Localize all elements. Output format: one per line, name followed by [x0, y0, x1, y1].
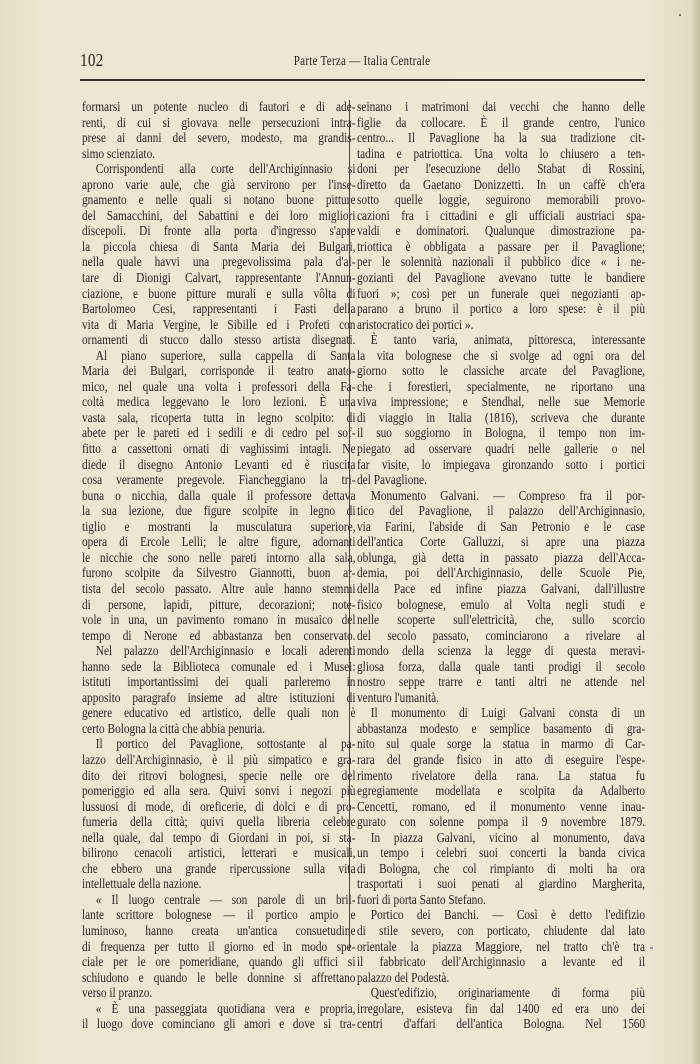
text-line: Bartolomeo Cesi, rappresentanti i Fasti … [82, 301, 355, 317]
text-line: parano a bruno il portico a loro spese: … [357, 301, 645, 317]
text-line: il luogo dove cominciano gli amori e dov… [82, 1016, 355, 1032]
text-line: vole in una, un pavimento romano in musa… [82, 612, 355, 628]
text-line: « È una passeggiata quotidiana vera e pr… [82, 1001, 355, 1017]
text-line: la piccola chiesa di Santa Maria dei Bul… [82, 239, 355, 255]
text-line: di persone, lapidi, pitture, decorazioni… [82, 597, 355, 613]
text-line: abete per le pareti ed i sedili e di ced… [82, 425, 355, 441]
text-line: Portico dei Banchi. — Così è detto l'edi… [357, 907, 645, 923]
text-line: gliosa forza, dalla quale tanti prodigi … [357, 659, 645, 675]
text-line: nelle scoperte sull'elettricità, che, su… [357, 612, 645, 628]
text-line: tadina e patriottica. Una volta lo chius… [357, 146, 645, 162]
text-line: formarsi un potente nucleo di fautori e … [82, 99, 355, 115]
text-line: Corrispondenti alla corte dell'Archiginn… [82, 161, 355, 177]
text-line: tico del Pavaglione, il palazzo dell'Arc… [357, 503, 645, 519]
text-line: trasportati i suoi penati al giardino Ma… [357, 876, 645, 892]
text-line: fuori di porta Santo Stefano. [357, 892, 645, 908]
scan-speck [679, 14, 681, 16]
text-line: diretto da Gaetano Donizzetti. In un caf… [357, 177, 645, 193]
text-line: Nel palazzo dell'Archiginnasio e locali … [82, 643, 355, 659]
text-line: la vita bolognese che si svolge ad ogni … [357, 348, 645, 364]
text-line: venturo l'umanità. [357, 690, 645, 706]
text-line: oblunga, già detta in passato piazza del… [357, 550, 645, 566]
text-line: fumeria della città; quivi quella librer… [82, 814, 355, 830]
text-line: cosa veramente pregevole. Fiancheggiano … [82, 472, 355, 488]
text-line: di Bologna, che col rimpianto di molti h… [357, 861, 645, 877]
text-line: che ebbero una grande ripercussione sull… [82, 861, 355, 877]
text-line: le nicchie che sono nelle pareti intorno… [82, 550, 355, 566]
text-line: fuori »; così per un funerale quei negoz… [357, 286, 645, 302]
text-line: triottica è obbligata a passare per il P… [357, 239, 645, 255]
text-line: nito sul quale sorge la statua in marmo … [357, 736, 645, 752]
text-line: hanno sede la Biblioteca comunale ed i M… [82, 659, 355, 675]
page-number: 102 [80, 50, 103, 71]
text-line: aprono varie aule, che già servirono per… [82, 177, 355, 193]
text-line: nella quale havvi una pregevolissima pal… [82, 254, 355, 270]
text-line: vasta sala, ricoperta tutta in legno sco… [82, 410, 355, 426]
text-line: di stile severo, con porticato, chiudent… [357, 923, 645, 939]
text-line: certo Bologna la città che abbia penuria… [82, 721, 355, 737]
text-line: renti, di cui si giovava nelle persecuzi… [82, 115, 355, 131]
text-line: figlie da collocare. È il grande centro,… [357, 115, 645, 131]
text-line: Monumento Galvani. — Compreso fra il por… [357, 488, 645, 504]
text-line: verso il pranzo. [82, 985, 355, 1001]
text-line: gnamento e nelle quali si notano buone p… [82, 192, 355, 208]
text-line: Maria dei Bulgari, corrisponde il teatro… [82, 363, 355, 379]
text-line: intellettuale della nazione. [82, 876, 355, 892]
text-line: il fabbricato dell'Archiginnasio a levan… [357, 954, 645, 970]
text-line: del secolo passato, cominciarono a rivel… [357, 628, 645, 644]
text-line: aristocratico dei portici ». [357, 317, 645, 333]
text-line: tare di Dionigi Calvart, rappresentante … [82, 270, 355, 286]
running-title: Parte Terza — Italia Centrale [131, 53, 593, 69]
text-line: furono scolpite da Silvestro Giannotti, … [82, 565, 355, 581]
text-line: lussuosi di mode, di oreficerie, di dolc… [82, 799, 355, 815]
text-line: doni per l'esecuzione dello Stabat di Ro… [357, 161, 645, 177]
text-line: del Samacchini, del Sabattini e dei loro… [82, 208, 355, 224]
text-line: mondo della scienza la legge di questa m… [357, 643, 645, 659]
column-divider [349, 100, 350, 950]
text-line: ciale per le ore pomeridiane, quando gli… [82, 954, 355, 970]
text-line: piegato ad osservare quadri nelle galler… [357, 441, 645, 457]
text-line: dito dei ritrovi bolognesi, specie nelle… [82, 768, 355, 784]
text-line: del Pavaglione. [357, 472, 645, 488]
text-line: rimento rivelatore della rana. La statua… [357, 768, 645, 784]
text-line: È tanto varia, animata, pittoresca, inte… [357, 332, 645, 348]
text-line: apposito paragrafo insieme ad altre isti… [82, 690, 355, 706]
text-line: centro... Il Pavaglione ha la sua tradiz… [357, 130, 645, 146]
text-line: bilirono cenacoli artistici, letterari e… [82, 845, 355, 861]
text-line: far visite, lo impiegava gironzando sott… [357, 457, 645, 473]
text-line: luminoso, hanno creata un'antica consuet… [82, 923, 355, 939]
text-line: pomeriggio ed alla sera. Quivi sonvi i n… [82, 783, 355, 799]
text-line: seinano i matrimoni dai vecchi che hanno… [357, 99, 645, 115]
left-column: formarsi un potente nucleo di fautori e … [82, 99, 355, 1032]
text-line: viva impressione; e Stendhal, nelle sue … [357, 394, 645, 410]
text-line: opera di Ercole Lelli; le altre figure, … [82, 534, 355, 550]
text-line: giorno sotto le classiche arcate del Pav… [357, 363, 645, 379]
text-line: lante scrittore bolognese — il portico a… [82, 907, 355, 923]
text-line: sotto quelle loggie, seguirono memorabil… [357, 192, 645, 208]
text-line: genere educativo ed artistico, delle qua… [82, 705, 355, 721]
text-line: Cencetti, romano, ed il monumento venne … [357, 799, 645, 815]
text-line: diede il disegno Antonio Levanti ed è ri… [82, 457, 355, 473]
text-line: simo scienziato. [82, 146, 355, 162]
text-line: valdi e dominatori. Qualunque dimostrazi… [357, 223, 645, 239]
text-line: irregolare, esisteva fin dal 1400 ed era… [357, 1001, 645, 1017]
text-line: mico, nel quale una volta i professori d… [82, 379, 355, 395]
right-column: seinano i matrimoni dai vecchi che hanno… [357, 99, 645, 1032]
book-page: 102 Parte Terza — Italia Centrale formar… [0, 0, 700, 1064]
text-line: discepoli. Di fronte alla porta d'ingres… [82, 223, 355, 239]
page-header: 102 Parte Terza — Italia Centrale [80, 50, 644, 72]
text-line: ornamenti di stucco dallo stesso artista… [82, 332, 355, 348]
text-line: un tempo i celebri suoi concerti la band… [357, 845, 645, 861]
text-line: della Pace ed infine piazza Galvani, dal… [357, 581, 645, 597]
text-line: rara del grande fisico in atto di esegui… [357, 752, 645, 768]
text-line: fisico bolognese, emulo al Volta negli s… [357, 597, 645, 613]
text-line: tiglio e mostranti la musculatura superi… [82, 519, 355, 535]
text-line: la sua lezione, due figure scolpite in l… [82, 503, 355, 519]
text-line: lazzo dell'Archiginnasio, è il più simpa… [82, 752, 355, 768]
text-line: Quest'edifizio, originariamente di forma… [357, 985, 645, 1001]
text-line: Al piano superiore, sulla cappella di Sa… [82, 348, 355, 364]
header-rule [80, 79, 645, 81]
text-line: egregiamente modellata e scolpita da Ada… [357, 783, 645, 799]
text-line: Il portico del Pavaglione, sottostante a… [82, 736, 355, 752]
text-line: centri d'affari dell'antica Bologna. Nel… [357, 1016, 645, 1032]
text-line: che i forestieri, specialmente, ne ripor… [357, 379, 645, 395]
text-line: vita di Maria Vergine, le Sibille ed i P… [82, 317, 355, 333]
text-line: orientale la piazza Maggiore, nel tratto… [357, 939, 645, 955]
text-line: dell'antica Corte Galluzzi, si apre una … [357, 534, 645, 550]
text-line: Il monumento di Luigi Galvani consta di … [357, 705, 645, 721]
text-line: tempo di Nerone ed abbastanza ben conser… [82, 628, 355, 644]
text-line: tista del secolo passato. Altre aule han… [82, 581, 355, 597]
text-line: In piazza Galvani, vicino al monumento, … [357, 830, 645, 846]
text-line: per le solennità nazionali il pubblico d… [357, 254, 645, 270]
scan-speck [650, 947, 653, 949]
text-line: di frequenza per tutto il giorno ed in m… [82, 939, 355, 955]
page-edge-shadow [690, 0, 700, 1064]
text-line: buna o nicchia, dalla quale il professor… [82, 488, 355, 504]
text-line: demia, poi dell'Archiginnasio, delle Scu… [357, 565, 645, 581]
text-line: gozianti del Pavaglione avevano tutte le… [357, 270, 645, 286]
text-line: cazioni fra i cittadini e gli ufficiali … [357, 208, 645, 224]
text-line: abbastanza modesto e semplice basamento … [357, 721, 645, 737]
text-line: schiudono e quando le belle donnine si a… [82, 970, 355, 986]
text-line: ciazione, e buone pitture murali e sulla… [82, 286, 355, 302]
text-line: il suo soggiorno in Bologna, il tempo no… [357, 425, 645, 441]
text-line: « Il luogo centrale — son parole di un b… [82, 892, 355, 908]
text-line: prese ai danni del severo, modesto, ma g… [82, 130, 355, 146]
text-line: fitto a cassettoni ornati di vaghissimi … [82, 441, 355, 457]
text-line: gurato con solenne pompa il 9 novembre 1… [357, 814, 645, 830]
text-line: nostro seppe trarre e tanti altri ne att… [357, 674, 645, 690]
text-line: palazzo del Podestà. [357, 970, 645, 986]
text-line: nella quale, dal tempo di Giordani in po… [82, 830, 355, 846]
text-line: via Farini, l'abside di San Petronio e l… [357, 519, 645, 535]
text-line: di viaggio in Italia (1816), scriveva ch… [357, 410, 645, 426]
text-line: istituti importantissimi dei quali parle… [82, 674, 355, 690]
text-line: coltà medica leggevano le loro lezioni. … [82, 394, 355, 410]
